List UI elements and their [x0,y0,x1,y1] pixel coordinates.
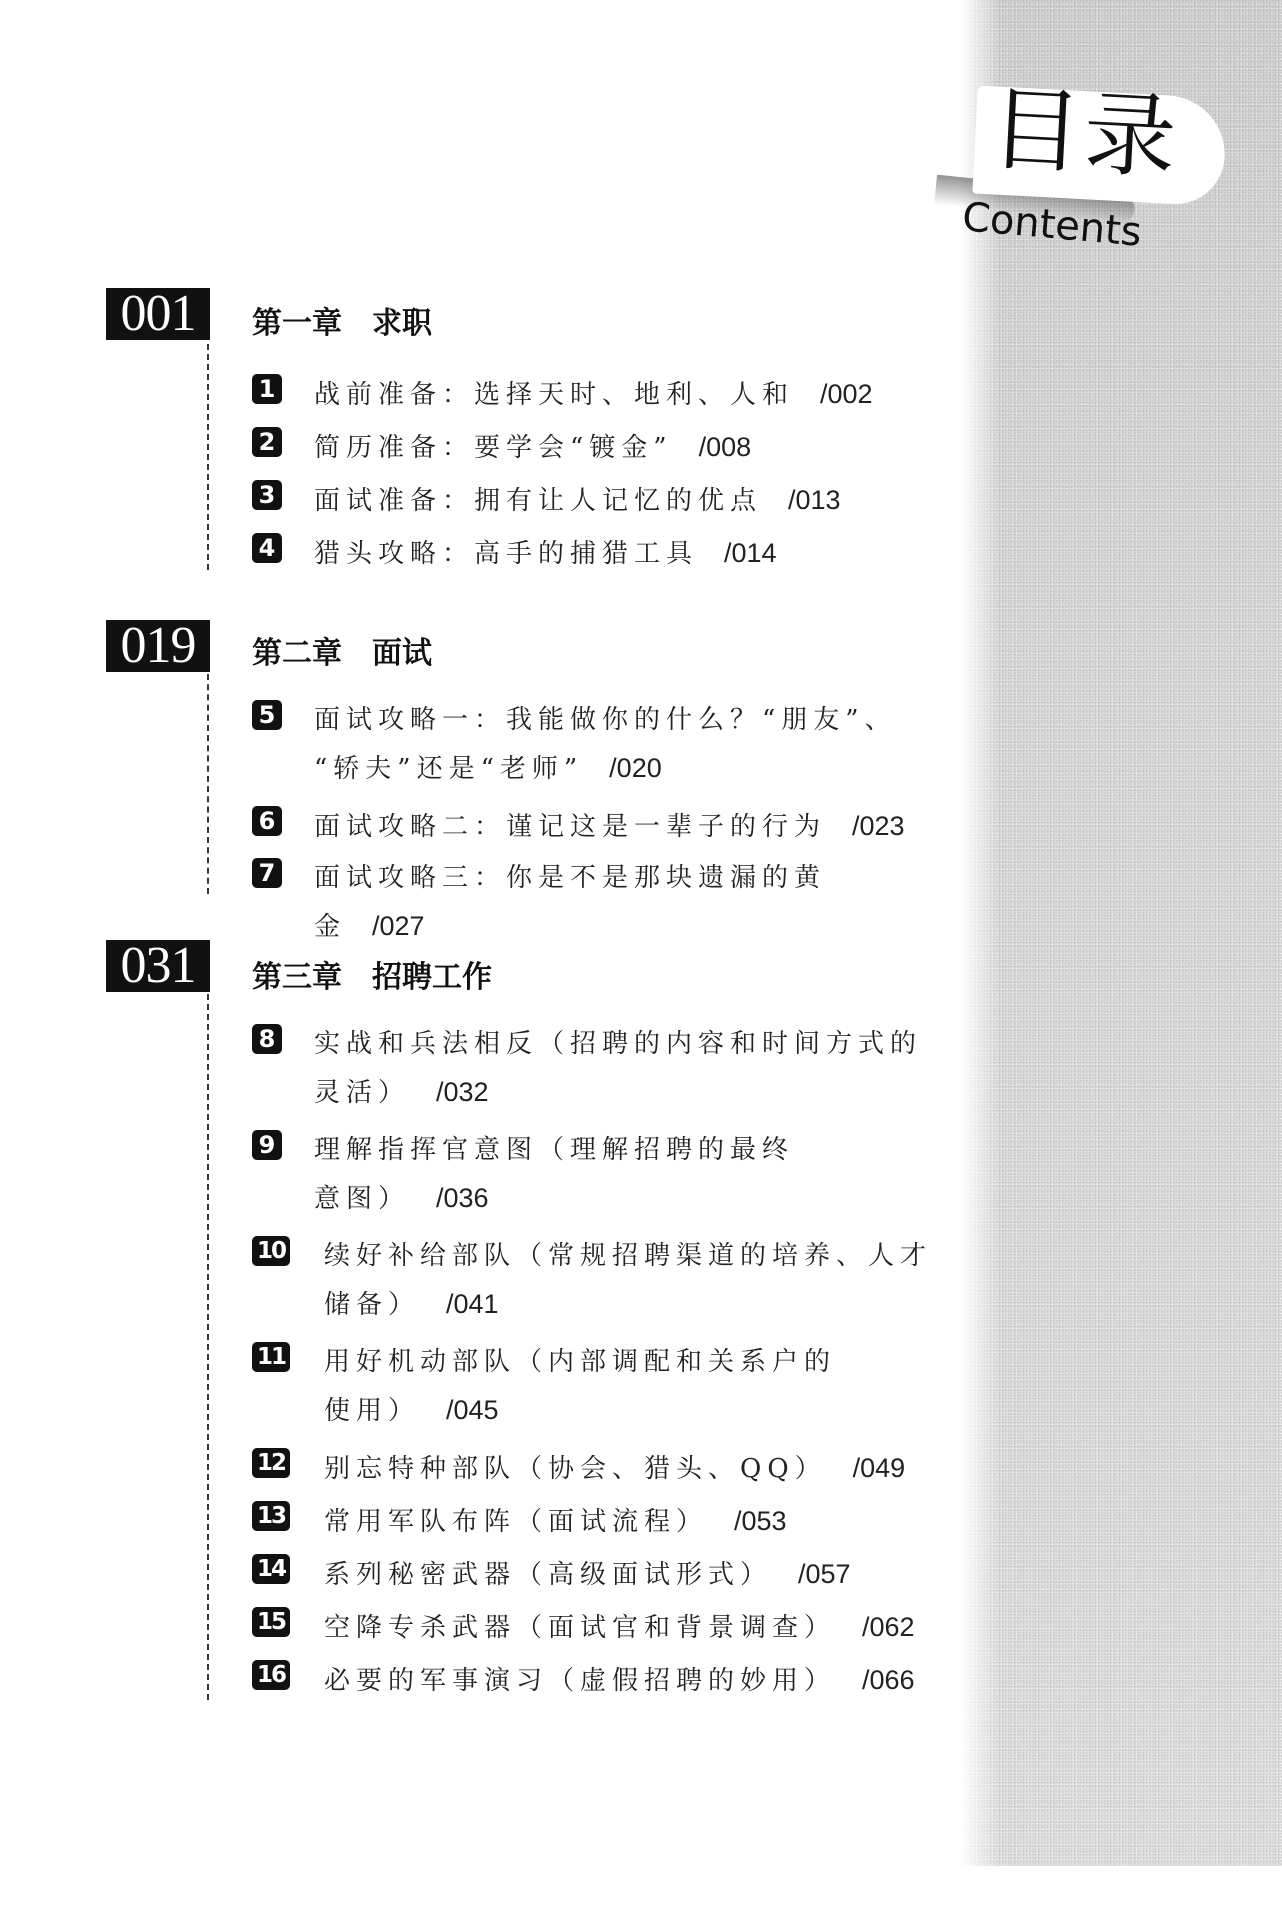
chapter-dashed-line [207,344,209,570]
entry-title: 战前准备：选择天时、地利、人和 [314,380,794,410]
entry-page: /045 [446,1395,499,1425]
entry-number-badge: 13 [252,1501,290,1531]
entry-page: /013 [788,485,841,515]
side-panel-fade [960,0,1000,1866]
entry-title-line-2: 意图） [314,1184,410,1214]
entry-page: /057 [798,1559,851,1589]
entry-number-badge: 3 [252,480,282,510]
chapter-dashed-line [207,674,209,894]
chapter-number-badge: 019 [106,620,210,672]
entry-title: 系列秘密武器（高级面试形式） [324,1560,772,1590]
entry-title-line-2: “轿夫”还是“老师” [314,754,583,784]
entry-page: /036 [436,1183,489,1213]
entry-page: /049 [853,1453,906,1483]
entry-number-badge: 8 [252,1024,282,1054]
entry-title: 空降专杀武器（面试官和背景调查） [324,1613,836,1643]
entry-number-badge: 1 [252,374,282,404]
entry-title-line-1: 面试攻略一：我能做你的什么？“朋友”、 [314,696,934,744]
entry-title: 简历准备：要学会“镀金” [314,433,673,463]
chapter-dashed-line [207,994,209,1700]
entry-number-badge: 10 [252,1236,290,1266]
page-title-cn: 目录 [988,83,1181,185]
entry-page: /053 [734,1506,787,1536]
entry-page: /027 [372,911,425,941]
chapter-title[interactable]: 第二章 面试 [252,628,432,672]
entry-page: /041 [446,1289,499,1319]
entry-title: 必要的军事演习（虚假招聘的妙用） [324,1666,836,1696]
entry-title: 别忘特种部队（协会、猎头、QQ） [324,1454,827,1484]
chapter-number-badge: 001 [106,288,210,340]
entry-number-badge: 12 [252,1448,290,1478]
side-texture-panel [960,0,1282,1866]
entry-page: /002 [820,379,873,409]
entry-page: /008 [699,432,752,462]
entry-number-badge: 2 [252,427,282,457]
chapter-title[interactable]: 第一章 求职 [252,298,432,342]
entry-number-badge: 5 [252,700,282,730]
entry-title-line-1: 实战和兵法相反（招聘的内容和时间方式的 [314,1020,934,1068]
entry-title-line-2: 使用） [324,1396,420,1426]
entry-number-badge: 11 [252,1342,290,1372]
entry-number-badge: 16 [252,1660,290,1690]
entry-number-badge: 15 [252,1607,290,1637]
chapter-title[interactable]: 第三章 招聘工作 [252,952,492,996]
entry-title: 面试准备：拥有让人记忆的优点 [314,486,762,516]
entry-title-line-2: 储备） [324,1290,420,1320]
entry-number-badge: 7 [252,858,282,888]
entry-title-line-2: 灵活） [314,1078,410,1108]
entry-number-badge: 9 [252,1130,282,1160]
entry-title-line-1: 理解指挥官意图（理解招聘的最终 [314,1126,934,1174]
entry-title: 常用军队布阵（面试流程） [324,1507,708,1537]
entry-number-badge: 4 [252,533,282,563]
entry-page: /014 [724,538,777,568]
entry-number-badge: 14 [252,1554,290,1584]
entry-page: /023 [852,811,905,841]
chapter-number-badge: 031 [106,940,210,992]
entry-page: /062 [862,1612,915,1642]
entry-title: 面试攻略二：谨记这是一辈子的行为 [314,812,826,842]
entry-page: /032 [436,1077,489,1107]
entry-title-line-1: 续好补给部队（常规招聘渠道的培养、人才 [324,1232,944,1280]
entry-page: /066 [862,1665,915,1695]
entry-number-badge: 6 [252,806,282,836]
entry-title-line-1: 用好机动部队（内部调配和关系户的 [324,1338,944,1386]
entry-page: /020 [609,753,662,783]
entry-title: 猎头攻略：高手的捕猎工具 [314,539,698,569]
